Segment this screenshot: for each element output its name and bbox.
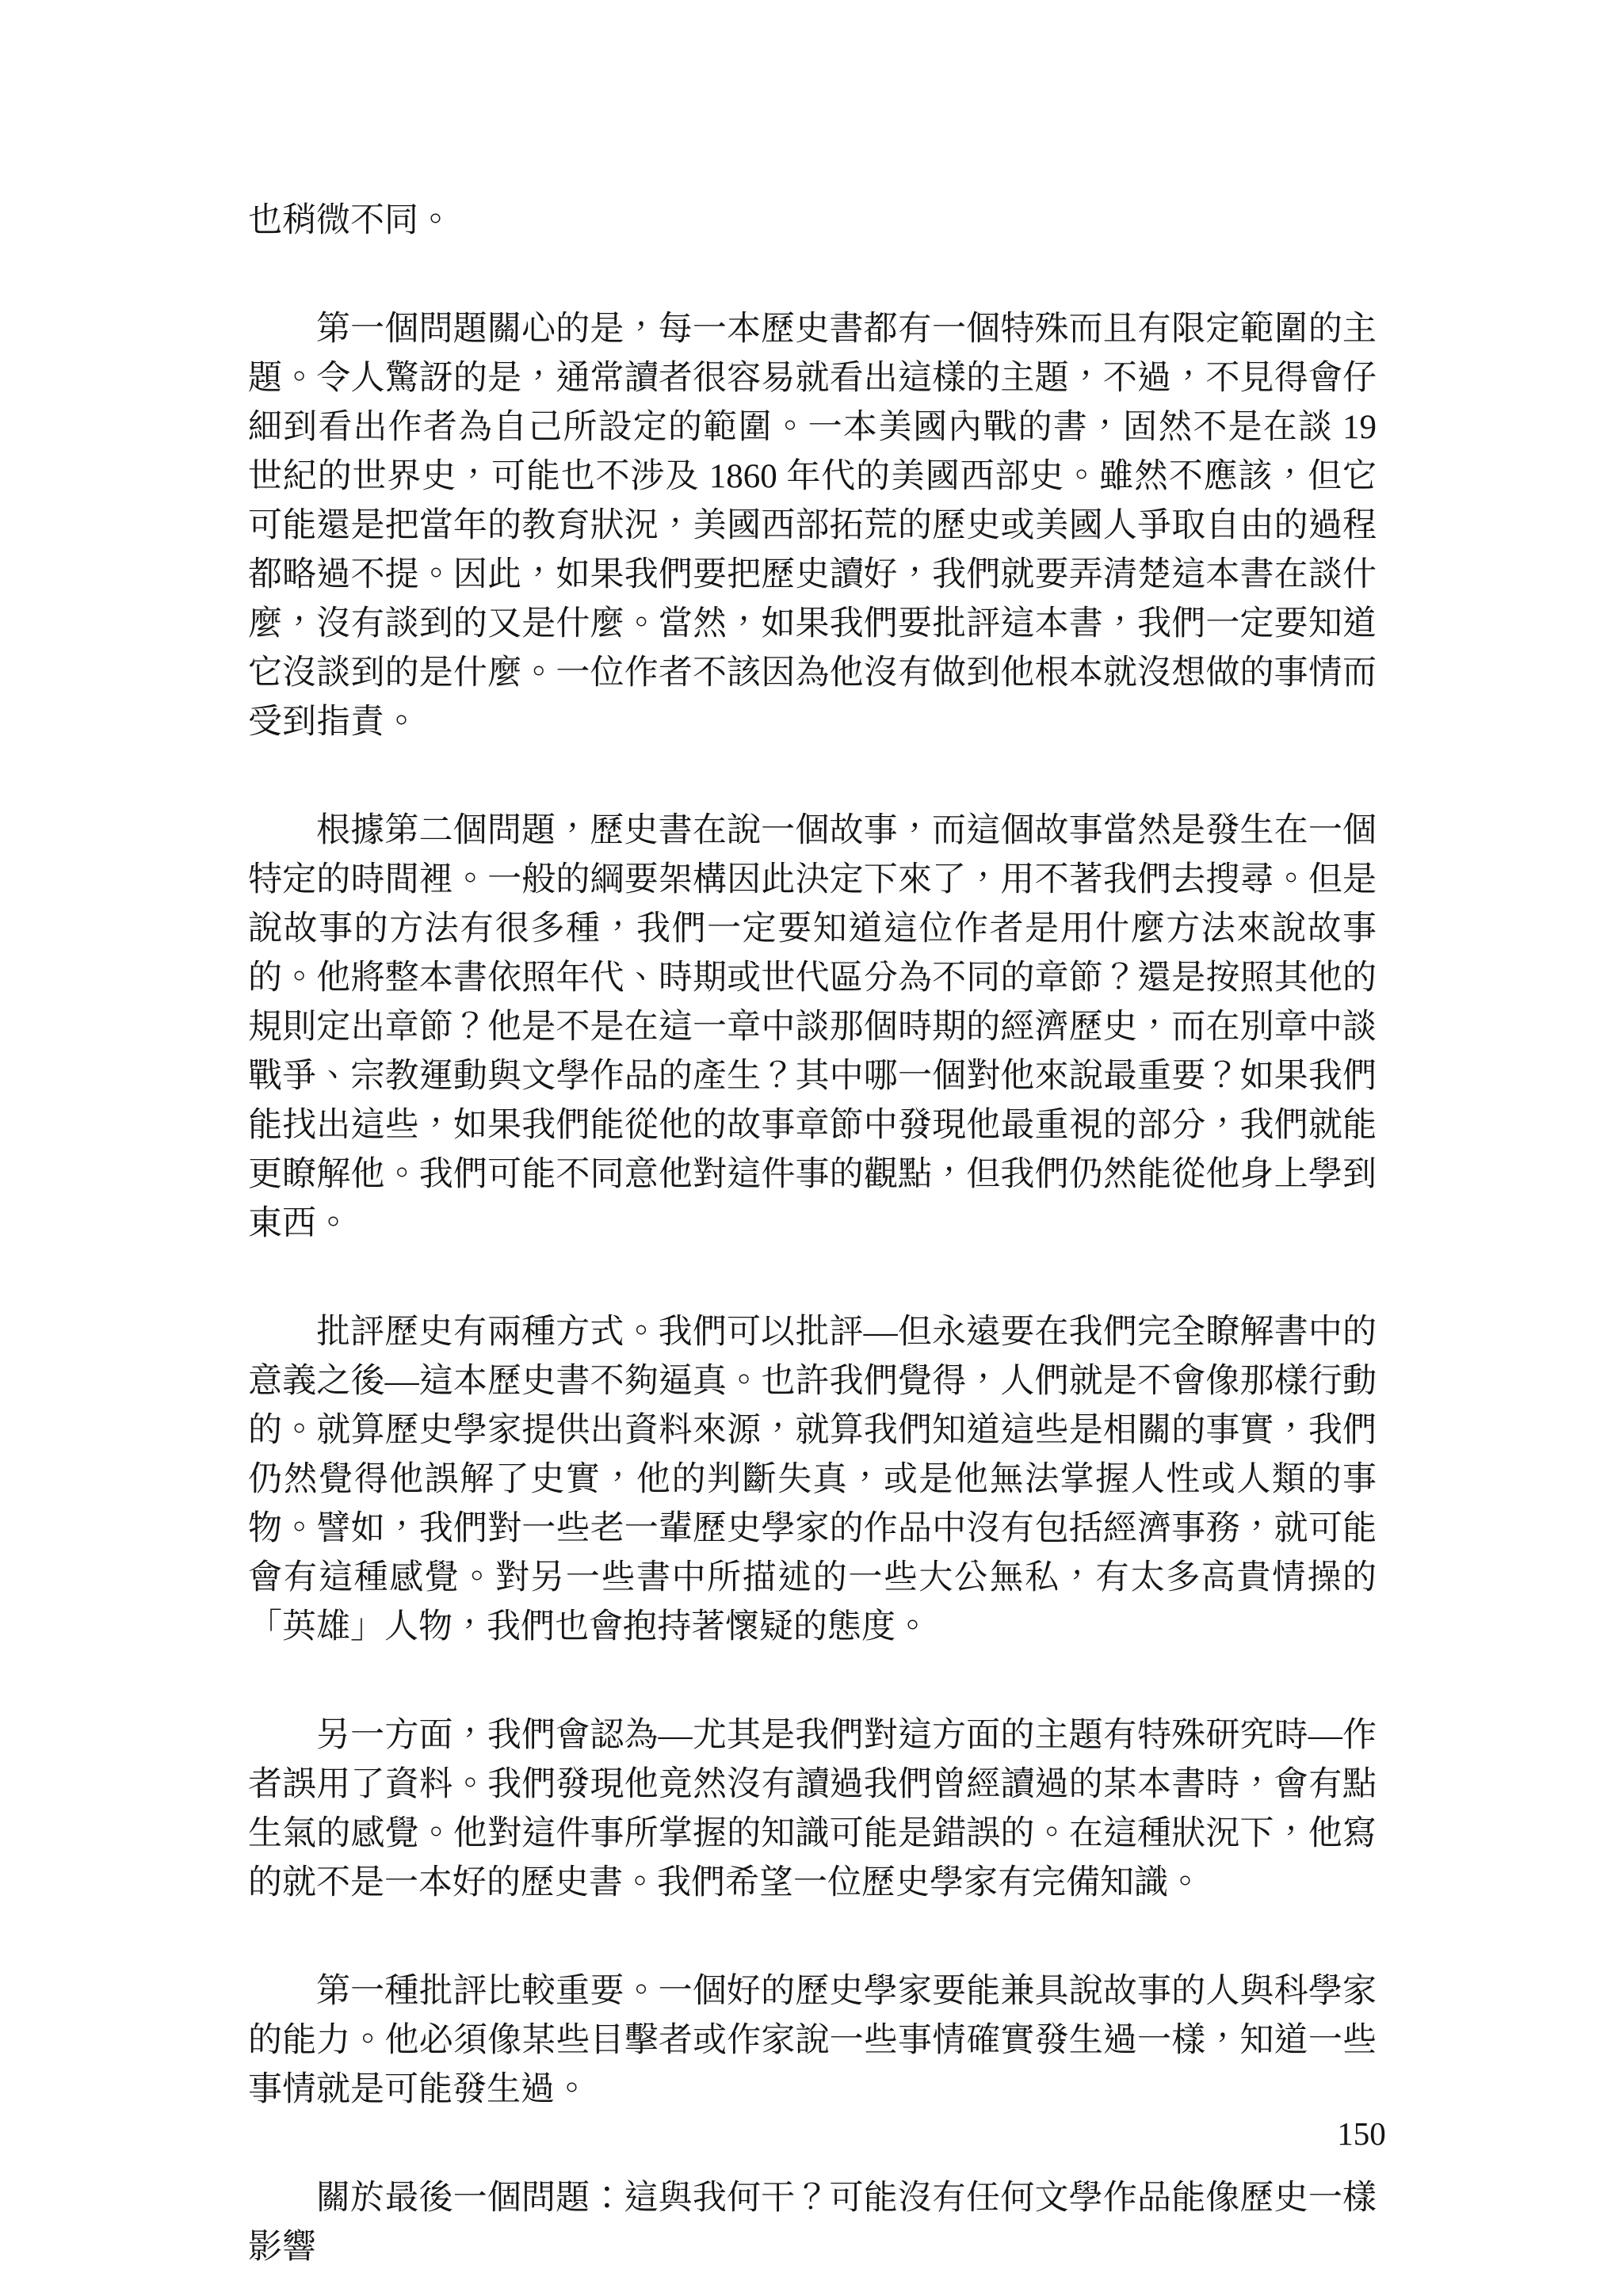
page-number: 150 xyxy=(1322,2114,1401,2153)
paragraph: 第一個問題關心的是，每一本歷史書都有一個特殊而且有限定範圍的主題。令人驚訝的是，… xyxy=(248,305,1377,747)
paragraph: 批評歷史有兩種方式。我們可以批評—但永遠要在我們完全瞭解書中的意義之後—這本歷史… xyxy=(248,1308,1377,1652)
body-text: 也稍微不同。 第一個問題關心的是，每一本歷史書都有一個特殊而且有限定範圍的主題。… xyxy=(248,196,1377,2272)
document-page: 也稍微不同。 第一個問題關心的是，每一本歷史書都有一個特殊而且有限定範圍的主題。… xyxy=(0,0,1623,2296)
paragraph: 關於最後一個問題：這與我何干？可能沒有任何文學作品能像歷史一樣影響 xyxy=(248,2174,1377,2272)
paragraph: 另一方面，我們會認為—尤其是我們對這方面的主題有特殊研究時—作者誤用了資料。我們… xyxy=(248,1711,1377,1908)
paragraph: 第一種批評比較重要。一個好的歷史學家要能兼具說故事的人與科學家的能力。他必須像某… xyxy=(248,1967,1377,2115)
lead-line: 也稍微不同。 xyxy=(248,196,1377,246)
paragraph: 根據第二個問題，歷史書在說一個故事，而這個故事當然是發生在一個特定的時間裡。一般… xyxy=(248,807,1377,1249)
